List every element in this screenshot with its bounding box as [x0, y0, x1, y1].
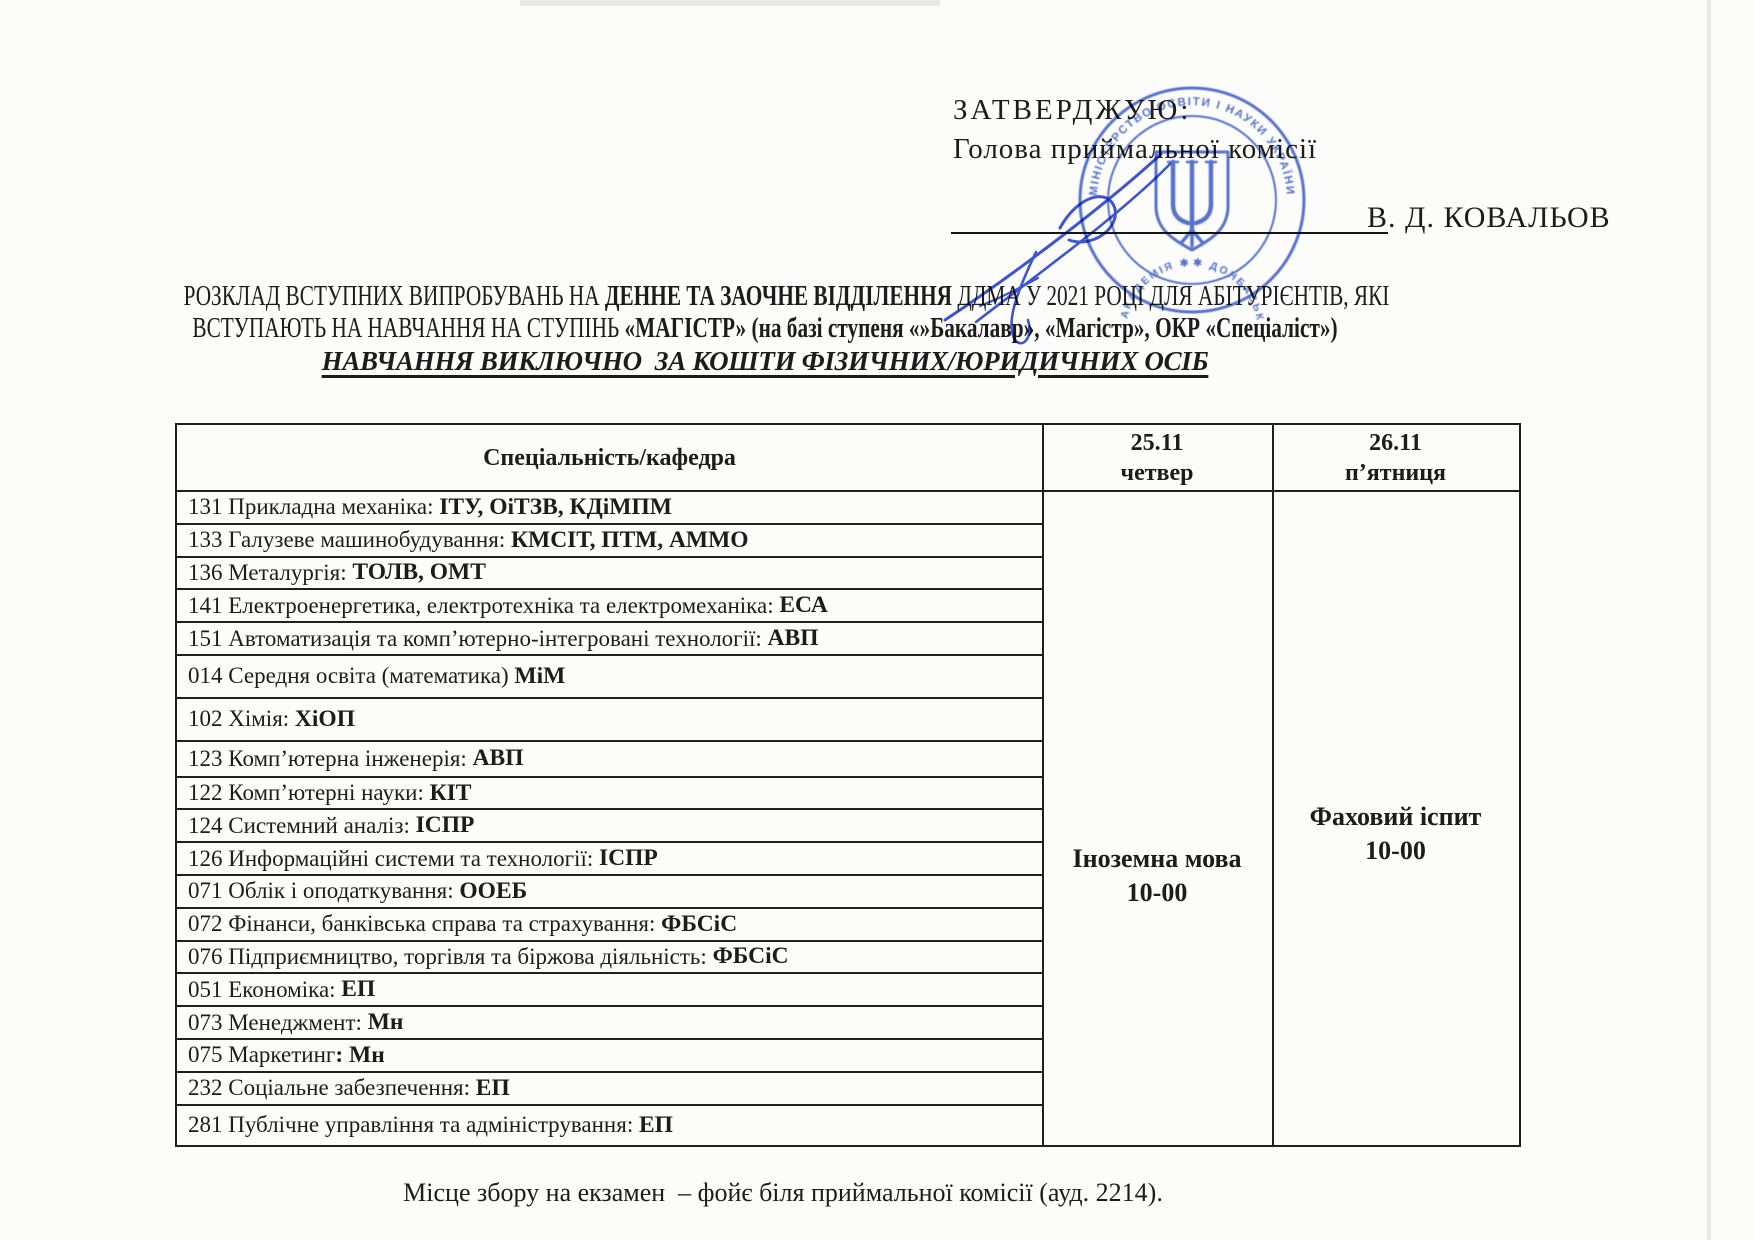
- specialty-row: 131 Прикладна механіка: ІТУ, ОіТЗВ, КДіМ…: [177, 492, 1042, 525]
- specialty-department-code: ЕП: [341, 976, 375, 1003]
- specialty-row: 124 Системний аналіз: ІСПР: [177, 810, 1042, 843]
- specialty-department-code: ІСПР: [599, 845, 658, 872]
- specialty-name: 076 Підприємництво, торгівля та біржова …: [188, 944, 713, 970]
- meeting-place-note: Місце збору на екзамен – фойє біля прийм…: [0, 1178, 1566, 1208]
- exam-1-name: Іноземна мова: [1072, 842, 1241, 876]
- specialty-department-code: ФБСіС: [661, 911, 737, 938]
- specialty-department-code: : Мн: [335, 1042, 384, 1069]
- exam-cell-foreign-language: Іноземна мова 10-00: [1042, 492, 1272, 1145]
- scan-artifact-top: [520, 0, 940, 6]
- header-date-2-column: 26.11 п’ятниця: [1272, 425, 1519, 490]
- specialty-name: 281 Публічне управління та адмініструван…: [188, 1112, 639, 1138]
- specialty-department-code: ЕП: [476, 1075, 510, 1102]
- specialty-row: 122 Комп’ютерні науки: КІТ: [177, 778, 1042, 811]
- specialty-department-code: КІТ: [430, 780, 472, 807]
- specialty-row: 073 Менеджмент: Мн: [177, 1007, 1042, 1040]
- exam-cell-professional-exam: Фаховий іспит 10-00: [1272, 492, 1519, 1145]
- title-line3-underlined: НАВЧАННЯ ВИКЛЮЧНО ЗА КОШТИ ФІЗИЧНИХ/ЮРИД…: [322, 346, 1209, 376]
- specialty-rows: 131 Прикладна механіка: ІТУ, ОіТЗВ, КДіМ…: [177, 492, 1042, 1145]
- header-date-1: 25.11: [1131, 428, 1184, 458]
- specialty-department-code: ФБСіС: [713, 943, 789, 970]
- specialty-name: 131 Прикладна механіка:: [188, 494, 439, 520]
- header-date-2: 26.11: [1369, 428, 1422, 458]
- specialty-name: 123 Комп’ютерна інженерія:: [188, 746, 473, 772]
- specialty-row: 014 Середня освіта (математика) МіМ: [177, 656, 1042, 699]
- specialty-name: 051 Економіка:: [188, 977, 341, 1003]
- specialty-department-code: АВП: [473, 745, 524, 772]
- specialty-name: 133 Галузеве машинобудування:: [188, 527, 511, 553]
- exam-1-time: 10-00: [1072, 876, 1241, 910]
- column-divider-2: [1272, 425, 1274, 1145]
- specialty-row: 136 Металургія: ТОЛВ, ОМТ: [177, 558, 1042, 591]
- specialty-row: 281 Публічне управління та адмініструван…: [177, 1106, 1042, 1145]
- specialty-row: 232 Соціальне забезпечення: ЕП: [177, 1073, 1042, 1106]
- specialty-row: 102 Хімія: ХіОП: [177, 699, 1042, 742]
- specialty-department-code: ІСПР: [416, 812, 475, 839]
- title-line-3: НАВЧАННЯ ВИКЛЮЧНО ЗА КОШТИ ФІЗИЧНИХ/ЮРИД…: [0, 345, 1530, 378]
- header-specialty-column: Спеціальність/кафедра: [177, 425, 1042, 490]
- specialty-row: 076 Підприємництво, торгівля та біржова …: [177, 942, 1042, 975]
- specialty-name: 075 Маркетинг: [188, 1042, 335, 1068]
- exam-2-name: Фаховий іспит: [1310, 800, 1482, 834]
- header-day-1: четвер: [1121, 458, 1194, 488]
- specialty-department-code: ТОЛВ, ОМТ: [352, 559, 486, 586]
- specialty-row: 051 Економіка: ЕП: [177, 974, 1042, 1007]
- approver-name: В. Д. КОВАЛЬОВ: [1367, 201, 1611, 235]
- specialty-name: 014 Середня освіта (математика): [188, 663, 514, 689]
- specialty-name: 136 Металургія:: [188, 560, 352, 586]
- handwritten-signature-icon: [918, 140, 1190, 346]
- header-day-2: п’ятниця: [1345, 458, 1446, 488]
- title-line1-bold: ДЕННЕ ТА ЗАОЧНЕ ВІДДІЛЕННЯ: [605, 281, 952, 312]
- specialty-name: 072 Фінанси, банківська справа та страху…: [188, 911, 661, 937]
- specialty-row: 075 Маркетинг: Мн: [177, 1040, 1042, 1073]
- specialty-name: 126 Информаційні системи та технології:: [188, 846, 599, 872]
- specialty-department-code: ІТУ, ОіТЗВ, КДіМПМ: [439, 494, 672, 521]
- specialty-department-code: АВП: [768, 625, 819, 652]
- column-divider-1: [1042, 425, 1044, 1145]
- specialty-name: 232 Соціальне забезпечення:: [188, 1075, 476, 1101]
- specialty-row: 126 Информаційні системи та технології: …: [177, 843, 1042, 876]
- specialty-department-code: ЕП: [639, 1112, 673, 1139]
- specialty-department-code: ООЕБ: [459, 878, 527, 905]
- specialty-row: 072 Фінанси, банківська справа та страху…: [177, 909, 1042, 942]
- specialty-department-code: ЕСА: [779, 592, 827, 619]
- specialty-name: 071 Облік і оподаткування:: [188, 878, 459, 904]
- scan-artifact-right-edge: [1707, 0, 1711, 1240]
- specialty-row: 133 Галузеве машинобудування: КМСІТ, ПТМ…: [177, 525, 1042, 558]
- specialty-name: 122 Комп’ютерні науки:: [188, 780, 430, 806]
- specialty-name: 073 Менеджмент:: [188, 1010, 368, 1036]
- specialty-department-code: МіМ: [514, 663, 565, 690]
- title-line2-text: ВСТУПАЮТЬ НА НАВЧАННЯ НА СТУПІНЬ: [192, 313, 624, 344]
- table-header-row: Спеціальність/кафедра 25.11 четвер 26.11…: [177, 425, 1519, 492]
- exam-schedule-table: Спеціальність/кафедра 25.11 четвер 26.11…: [175, 423, 1521, 1147]
- specialty-row: 151 Автоматизація та комп’ютерно-інтегро…: [177, 623, 1042, 656]
- specialty-name: 141 Електроенергетика, електротехніка та…: [188, 593, 779, 619]
- specialty-row: 141 Електроенергетика, електротехніка та…: [177, 590, 1042, 623]
- exam-2-time: 10-00: [1310, 834, 1482, 868]
- specialty-name: 151 Автоматизація та комп’ютерно-інтегро…: [188, 626, 768, 652]
- scanned-exam-schedule-document: ЗАТВЕРДЖУЮ: Голова приймальної комісії В…: [0, 0, 1754, 1240]
- specialty-name: 102 Хімія:: [188, 706, 295, 732]
- specialty-department-code: Мн: [368, 1009, 404, 1036]
- specialty-row: 123 Комп’ютерна інженерія: АВП: [177, 742, 1042, 778]
- specialty-department-code: ХіОП: [295, 706, 355, 733]
- specialty-row: 071 Облік і оподаткування: ООЕБ: [177, 876, 1042, 909]
- title-line1-text: РОЗКЛАД ВСТУПНИХ ВИПРОБУВАНЬ НА: [184, 281, 605, 312]
- specialty-department-code: КМСІТ, ПТМ, АММО: [511, 527, 749, 554]
- header-date-1-column: 25.11 четвер: [1042, 425, 1272, 490]
- specialty-name: 124 Системний аналіз:: [188, 813, 416, 839]
